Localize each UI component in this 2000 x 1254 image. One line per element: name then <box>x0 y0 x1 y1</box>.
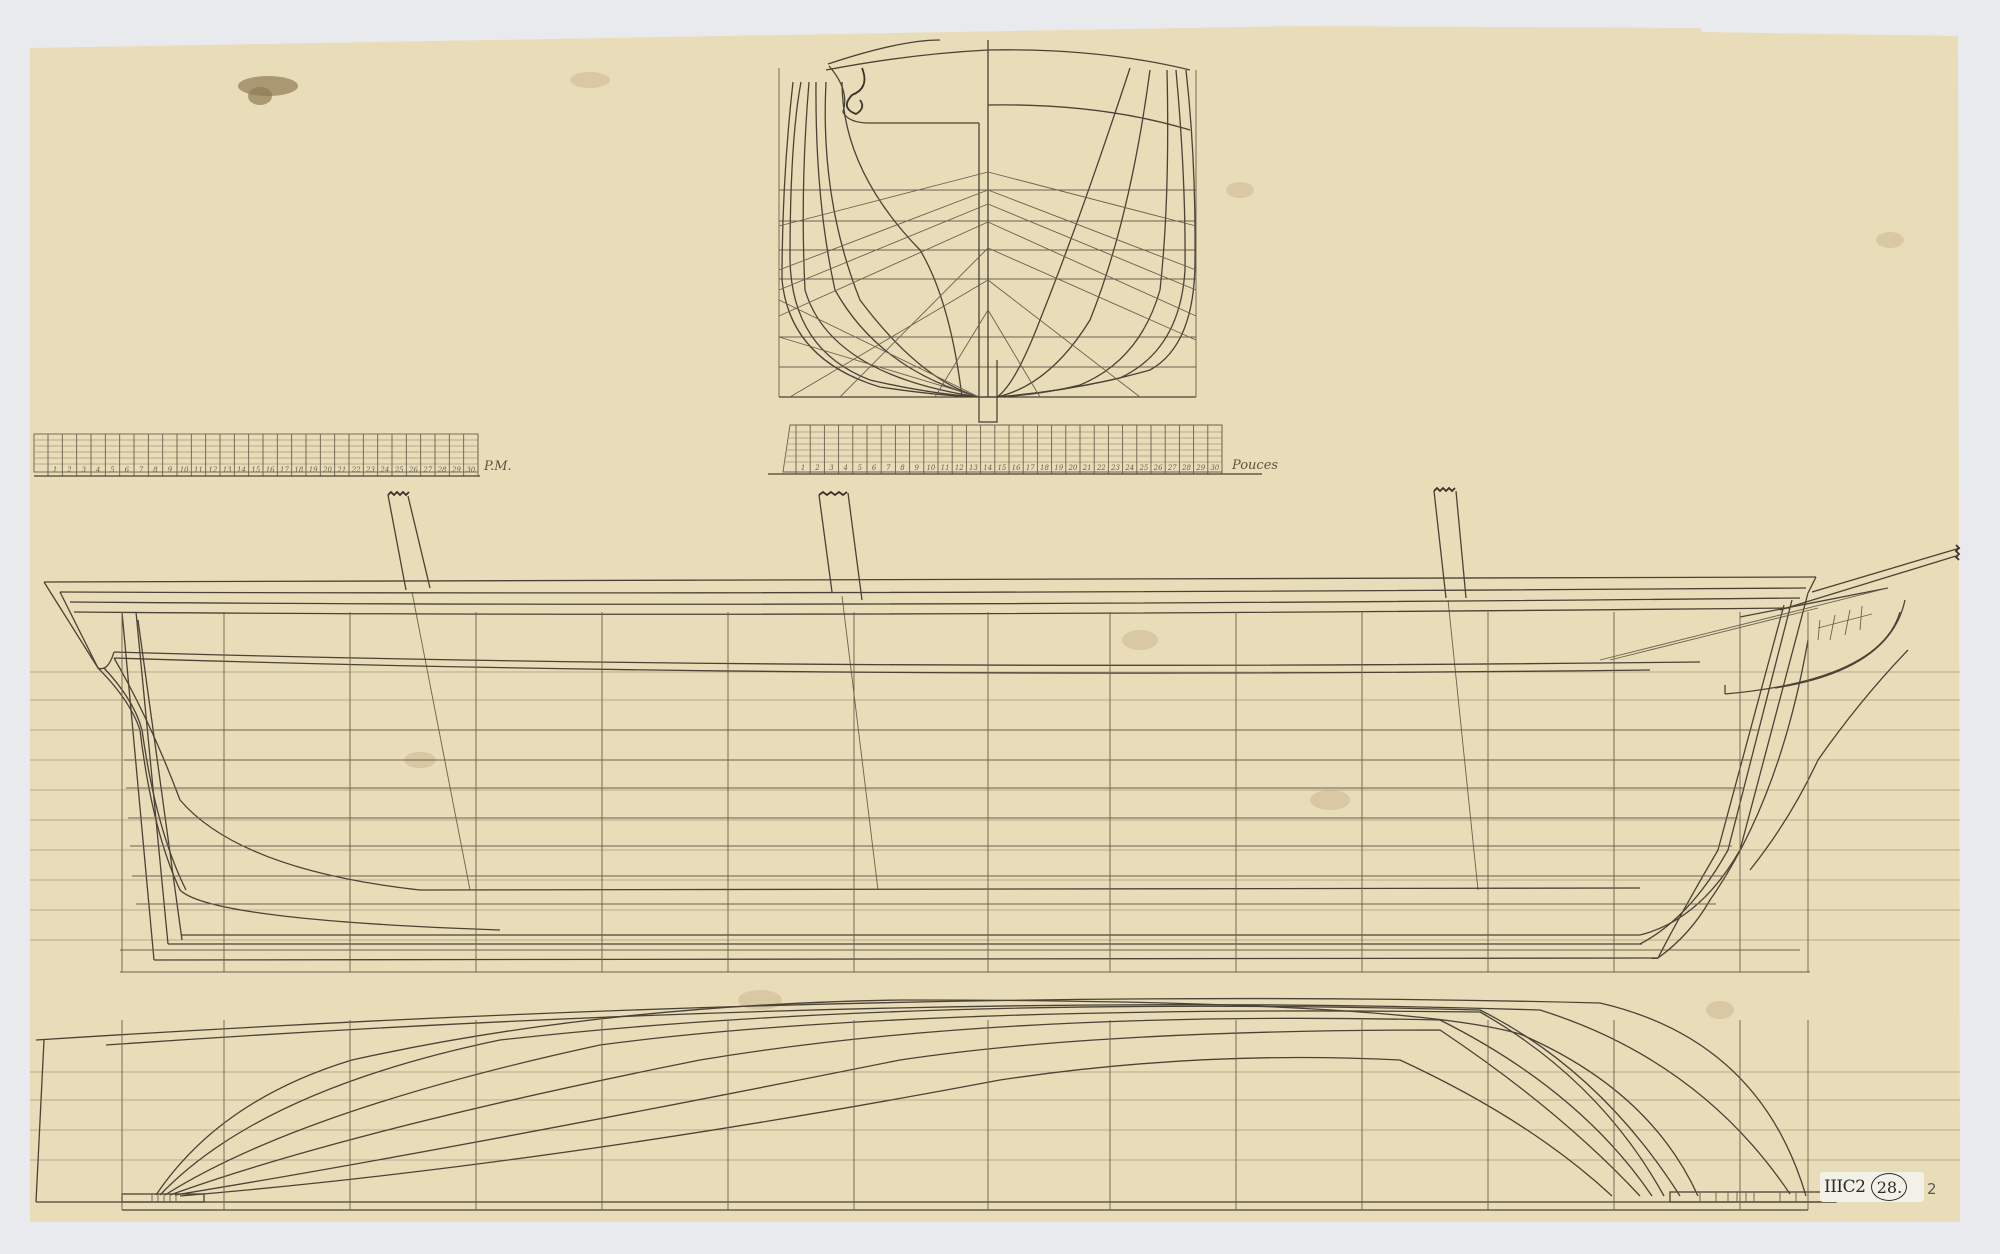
scale-number: 9 <box>168 466 173 474</box>
scale-number: 26 <box>408 466 418 474</box>
scale-number: 22 <box>1096 464 1106 472</box>
scale-number: 24 <box>1124 464 1134 472</box>
scale-number: 29 <box>451 466 461 474</box>
scale-number: 16 <box>1012 464 1021 472</box>
scale-number: 9 <box>914 464 919 472</box>
scale-number: 25 <box>1138 464 1148 472</box>
scale-number: 19 <box>309 466 318 474</box>
scale-number: 4 <box>95 466 100 474</box>
scale-number: 30 <box>466 466 475 474</box>
scale-number: 14 <box>983 464 992 472</box>
scale-number: 20 <box>322 466 332 474</box>
scale-number: 12 <box>955 464 964 472</box>
scale-number: 27 <box>422 466 432 474</box>
scale-number: 12 <box>208 466 217 474</box>
scale-number: 5 <box>858 464 863 472</box>
scale-number: 22 <box>351 466 361 474</box>
scale-number: 1 <box>53 466 57 474</box>
catalogue-number: 28. <box>1871 1173 1907 1201</box>
scale-number: 7 <box>139 466 144 474</box>
scale-number: 2 <box>66 466 72 474</box>
scale-number: 3 <box>829 464 834 472</box>
scale-number: 16 <box>266 466 275 474</box>
catalogue-series: IIIC2 <box>1824 1177 1865 1197</box>
scale-number: 3 <box>82 466 87 474</box>
scale-number: 15 <box>997 464 1006 472</box>
scale-number: 14 <box>237 466 246 474</box>
scale-number: 28 <box>1181 464 1191 472</box>
scale-number: 23 <box>1110 464 1120 472</box>
scale-number: 17 <box>1026 464 1035 472</box>
scale-number: 4 <box>842 464 847 472</box>
scale-number: 8 <box>900 464 905 472</box>
scale-number: 30 <box>1210 464 1219 472</box>
scale-number: 15 <box>251 466 260 474</box>
scale-number: 13 <box>223 466 232 474</box>
scale-number: 20 <box>1067 464 1077 472</box>
scale-number: 23 <box>365 466 375 474</box>
scale-left-note: P.M. <box>483 459 512 474</box>
scale-number: 21 <box>336 466 346 474</box>
scale-number: 24 <box>379 466 389 474</box>
scale-number: 19 <box>1054 464 1063 472</box>
scale-number: 17 <box>280 466 289 474</box>
scale-number: 5 <box>110 466 115 474</box>
scale-number: 18 <box>1040 464 1049 472</box>
scale-number: 11 <box>194 466 203 474</box>
scale-number: 25 <box>394 466 404 474</box>
scale-number: 10 <box>926 464 935 472</box>
scale-number: 7 <box>886 464 891 472</box>
scale-number: 26 <box>1153 464 1163 472</box>
scale-number: 13 <box>969 464 978 472</box>
scale-number: 6 <box>125 466 130 474</box>
catalogue-label: IIIC2 28. <box>1820 1172 1924 1202</box>
scale-number: 8 <box>153 466 158 474</box>
paper-sheet <box>30 26 1960 1222</box>
catalogue-suffix: 2 <box>1927 1180 1937 1198</box>
scale-number: 29 <box>1195 464 1205 472</box>
scale-number: 11 <box>941 464 950 472</box>
scale-number: 18 <box>294 466 303 474</box>
scale-number: 1 <box>801 464 805 472</box>
scale-number: 10 <box>180 466 189 474</box>
scale-number: 21 <box>1082 464 1092 472</box>
scale-number: 28 <box>437 466 447 474</box>
scale-right-note: Pouces <box>1231 458 1278 473</box>
scale-number: 2 <box>814 464 820 472</box>
scale-number: 6 <box>872 464 877 472</box>
scale-number: 27 <box>1167 464 1177 472</box>
ship-draught-sheet: 1234567891011121314151617181920212223242… <box>0 0 2000 1254</box>
